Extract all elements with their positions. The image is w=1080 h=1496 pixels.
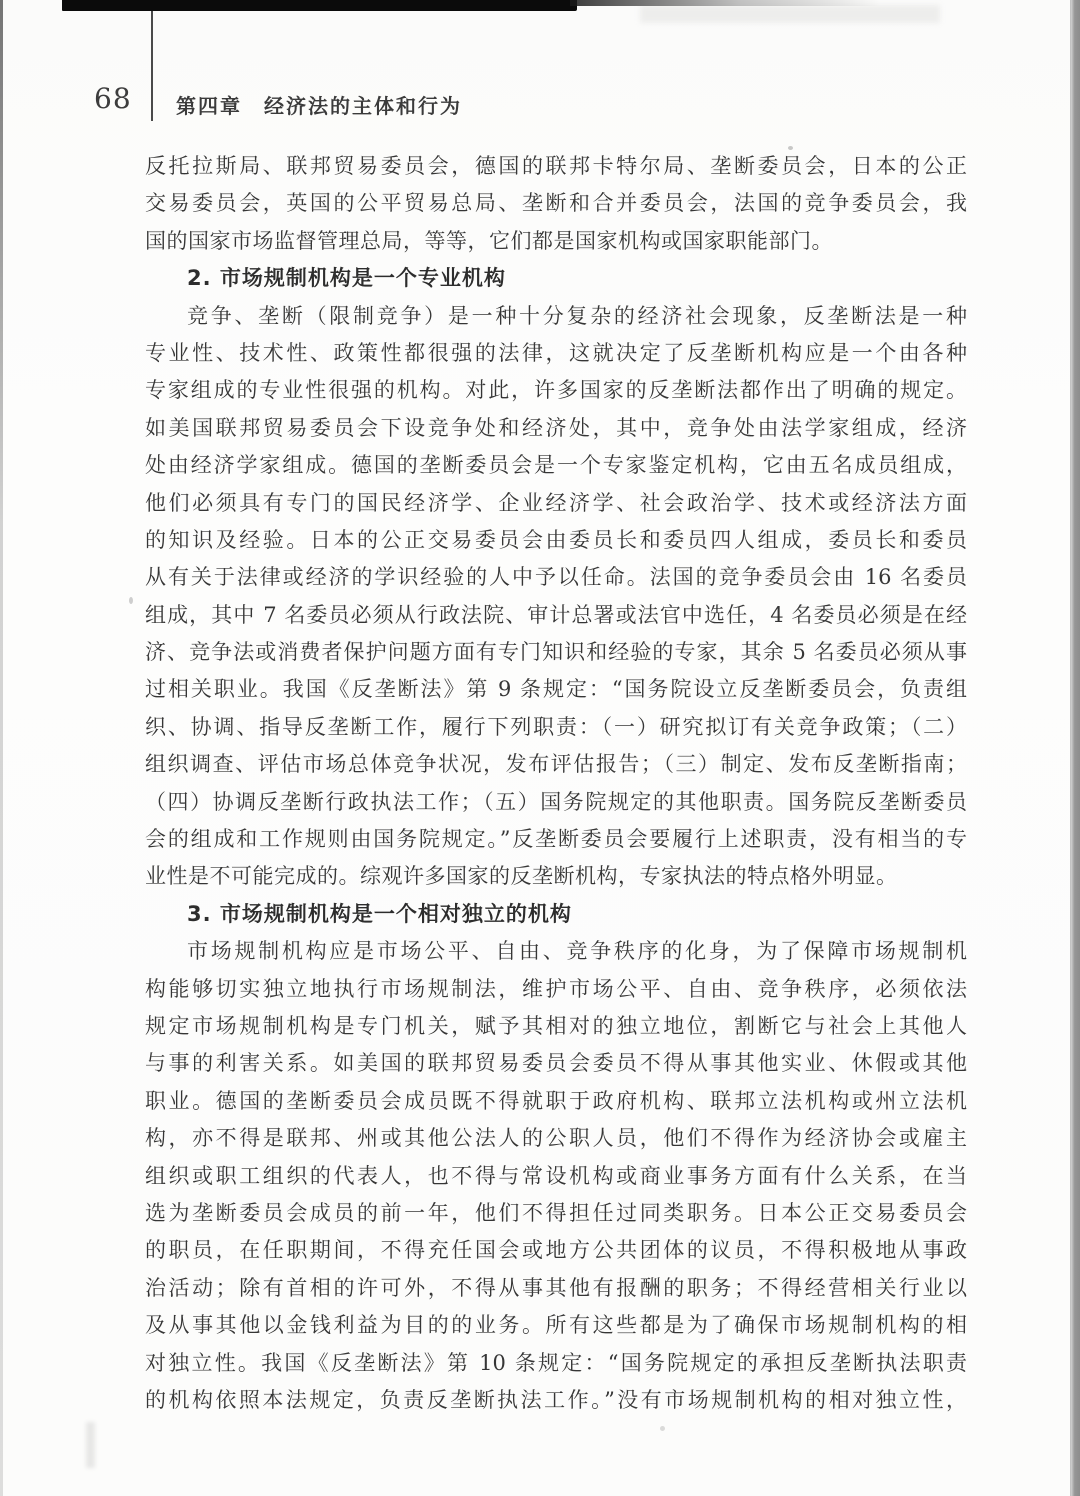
body-text-line: 及从事其他以金钱利益为目的的业务。所有这些都是为了确保市场规制机构的相 bbox=[145, 1307, 967, 1344]
header-divider-line bbox=[151, 11, 153, 121]
body-text-line: 业性是不可能完成的。综观许多国家的反垄断机构，专家执法的特点格外明显。 bbox=[145, 858, 967, 895]
body-text-line: 反托拉斯局、联邦贸易委员会，德国的联邦卡特尔局、垄断委员会，日本的公正 bbox=[145, 148, 967, 185]
body-text-line: 专家组成的专业性很强的机构。对此，许多国家的反垄断法都作出了明确的规定。 bbox=[145, 372, 967, 409]
body-text-line: 从有关于法律或经济的学识经验的人中予以任命。法国的竞争委员会由 16 名委员 bbox=[145, 559, 967, 596]
body-text-line: 职业。德国的垄断委员会成员既不得就职于政府机构、联邦立法机构或州立法机 bbox=[145, 1083, 967, 1120]
body-text-line: 织、协调、指导反垄断工作，履行下列职责：（一）研究拟订有关竞争政策；（二） bbox=[145, 709, 967, 746]
body-text-line: 国的国家市场监督管理总局，等等，它们都是国家机构或国家职能部门。 bbox=[145, 223, 967, 260]
scan-speck bbox=[86, 1422, 95, 1468]
scan-artifact-streak bbox=[640, 5, 940, 23]
body-text-line: 治活动；除有首相的许可外，不得从事其他有报酬的职务；不得经营相关行业以 bbox=[145, 1270, 967, 1307]
scan-artifact-right-edge bbox=[1070, 0, 1080, 1496]
body-text-line: 的知识及经验。日本的公正交易委员会由委员长和委员四人组成，委员长和委员 bbox=[145, 522, 967, 559]
body-text-line: 竞争、垄断（限制竞争）是一种十分复杂的经济社会现象，反垄断法是一种 bbox=[145, 298, 967, 335]
body-text-line: 构，亦不得是联邦、州或其他公法人的公职人员，他们不得作为经济协会或雇主 bbox=[145, 1120, 967, 1157]
scan-artifact-top-bar bbox=[62, 0, 577, 11]
body-text-line: 组织调查、评估市场总体竞争状况，发布评估报告；（三）制定、发布反垄断指南； bbox=[145, 746, 967, 783]
body-text-line: 专业性、技术性、政策性都很强的法律，这就决定了反垄断机构应是一个由各种 bbox=[145, 335, 967, 372]
body-text-line: 组织或职工组织的代表人，也不得与常设机构或商业事务方面有什么关系，在当 bbox=[145, 1158, 967, 1195]
page-body: 反托拉斯局、联邦贸易委员会，德国的联邦卡特尔局、垄断委员会，日本的公正 交易委员… bbox=[145, 148, 967, 1419]
body-text-line: 对独立性。我国《反垄断法》第 10 条规定：“国务院规定的承担反垄断执法职责 bbox=[145, 1345, 967, 1382]
body-text-line: （四）协调反垄断行政执法工作；（五）国务院规定的其他职责。国务院反垄断委员 bbox=[145, 784, 967, 821]
body-text-line: 的机构依照本法规定，负责反垄断执法工作。”没有市场规制机构的相对独立性， bbox=[145, 1382, 967, 1419]
body-text-line: 选为垄断委员会成员的前一年，他们不得担任过同类职务。日本公正交易委员会 bbox=[145, 1195, 967, 1232]
body-text-line: 处由经济学家组成。德国的垄断委员会是一个专家鉴定机构，它由五名成员组成， bbox=[145, 447, 967, 484]
body-text-line: 会的组成和工作规则由国务院规定。”反垄断委员会要履行上述职责，没有相当的专 bbox=[145, 821, 967, 858]
body-text-line: 的职员，在任职期间，不得充任国会或地方公共团体的议员，不得积极地从事政 bbox=[145, 1232, 967, 1269]
subsection-heading-2: 2. 市场规制机构是一个专业机构 bbox=[145, 260, 967, 297]
body-text-line: 济、竞争法或消费者保护问题方面有专门知识和经验的专家，其余 5 名委员必须从事 bbox=[145, 634, 967, 671]
body-text-line: 规定市场规制机构是专门机关，赋予其相对的独立地位，割断它与社会上其他人 bbox=[145, 1008, 967, 1045]
body-text-line: 组成，其中 7 名委员必须从行政法院、审计总署或法官中选任，4 名委员必须是在经 bbox=[145, 597, 967, 634]
body-text-line: 市场规制机构应是市场公平、自由、竞争秩序的化身，为了保障市场规制机 bbox=[145, 933, 967, 970]
scan-speck bbox=[129, 597, 133, 604]
scanned-book-page: 68 第四章 经济法的主体和行为 反托拉斯局、联邦贸易委员会，德国的联邦卡特尔局… bbox=[0, 0, 1080, 1496]
scan-speck bbox=[660, 1426, 665, 1431]
body-text-line: 构能够切实独立地执行市场规制法，维护市场公平、自由、竞争秩序，必须依法 bbox=[145, 971, 967, 1008]
body-text-line: 如美国联邦贸易委员会下设竞争处和经济处，其中，竞争处由法学家组成，经济 bbox=[145, 410, 967, 447]
body-text-line: 与事的利害关系。如美国的联邦贸易委员会委员不得从事其他实业、休假或其他 bbox=[145, 1045, 967, 1082]
body-text-line: 交易委员会，英国的公平贸易总局、垄断和合并委员会，法国的竞争委员会，我 bbox=[145, 185, 967, 222]
page-number: 68 bbox=[94, 82, 132, 115]
chapter-title: 第四章 经济法的主体和行为 bbox=[176, 90, 462, 119]
scan-artifact-left-edge bbox=[0, 0, 3, 1496]
subsection-heading-3: 3. 市场规制机构是一个相对独立的机构 bbox=[145, 896, 967, 933]
body-text-line: 他们必须具有专门的国民经济学、企业经济学、社会政治学、技术或经济法方面 bbox=[145, 485, 967, 522]
body-text-line: 过相关职业。我国《反垄断法》第 9 条规定：“国务院设立反垄断委员会，负责组 bbox=[145, 671, 967, 708]
